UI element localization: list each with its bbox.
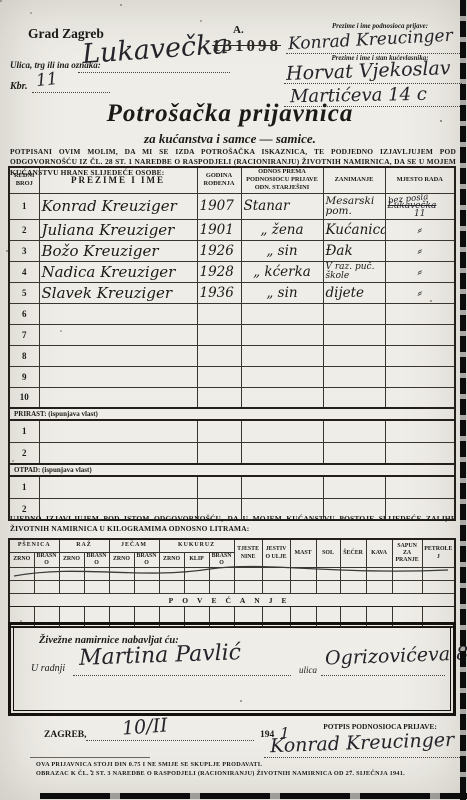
shop-street-underline xyxy=(321,675,445,676)
serial-number-stamp: 131098 xyxy=(212,36,281,56)
notes-divider xyxy=(30,757,150,758)
col-header-year: GODINA ROĐENJA xyxy=(197,167,241,193)
member-row: 8 xyxy=(9,345,455,366)
legal-note: OBRAZAC K ČL. 2 ST. 3 NAREDBE O RASPODJE… xyxy=(36,770,405,777)
scan-noise xyxy=(0,0,2,2)
col-header-num: REDNI BROJ xyxy=(9,167,39,193)
prirast-row: 2 xyxy=(9,442,455,464)
member-row: 3 Božo Kreuziger 1926 „ sin Đak ⸗ xyxy=(9,240,455,261)
group-jecam: JEČAM xyxy=(109,539,159,552)
member-row: 4 Nadica Kreuziger 1928 „ kćerka V raz. … xyxy=(9,261,455,282)
prirast-row: 1 xyxy=(9,420,455,442)
col-header-workplace: MJESTO RADA xyxy=(385,167,455,193)
owner-value-handwritten: Horvat Vjekoslav xyxy=(286,57,451,85)
member-row: 10 xyxy=(9,387,455,408)
scan-edge-right xyxy=(460,0,466,800)
member-row: 5 Slavek Kreuziger 1936 „ sin dijete ⸗ xyxy=(9,282,455,303)
scan-edge-bottom xyxy=(40,793,467,799)
form-subtitle: za kućanstva i samce — samice. xyxy=(0,131,460,147)
household-table: REDNI BROJ PREZIME I IME GODINA ROĐENJA … xyxy=(8,166,456,521)
otpad-band: OTPAD: (ispunjava vlast) xyxy=(9,464,455,476)
shop-box: Živežne namirnice nabavljat ću: U radnji… xyxy=(8,622,456,716)
col-header-occupation: ZANIMANJE xyxy=(323,167,385,193)
signature-underline xyxy=(264,757,462,758)
date-handwritten: 10/II xyxy=(121,714,168,739)
house-number-label: Kbr. xyxy=(10,81,28,92)
member-row: 6 xyxy=(9,303,455,324)
col-header-name: PREZIME I IME xyxy=(39,167,197,193)
otpad-label: OTPAD: (ispunjava vlast) xyxy=(9,464,455,476)
shop-ulica-label: ulica xyxy=(299,665,317,675)
member-row: 7 xyxy=(9,324,455,345)
otpad-row: 1 xyxy=(9,476,455,498)
signature-handwritten: Konrad Kreucinger xyxy=(270,729,455,757)
member-row: 2 Juliana Kreuziger 1901 „ žena Kućanica… xyxy=(9,219,455,240)
stock-strike-line xyxy=(10,558,454,588)
member-row: 1 Konrad Kreuziger 1907 Stanar Mesarski … xyxy=(9,193,455,219)
col-header-relation: ODNOS PREMA PODNOSIOCU PRIJAVE ODN. STAR… xyxy=(241,167,323,193)
prirast-label: PRIRAST: (ispunjava vlast) xyxy=(9,408,455,420)
form-title: Potrošačka prijavnica xyxy=(0,100,460,128)
street-underline xyxy=(78,72,230,73)
price-note: OVA PRIJAVNICA STOJI DIN 0.75 I NE SMIJE… xyxy=(36,761,262,768)
place-label: ZAGREB, xyxy=(44,730,87,740)
house-number-value-handwritten: 11 xyxy=(35,69,59,91)
prirast-band: PRIRAST: (ispunjava vlast) xyxy=(9,408,455,420)
workplace-number: 11 xyxy=(388,210,453,219)
shop-name-underline xyxy=(73,675,291,676)
house-number-underline xyxy=(32,92,110,93)
group-psenica: PŠENICA xyxy=(9,539,59,552)
applicant-underline xyxy=(286,53,462,54)
increase-band: POVEĆANJE xyxy=(9,594,455,607)
date-line xyxy=(86,740,254,741)
household-header-row: REDNI BROJ PREZIME I IME GODINA ROĐENJA … xyxy=(9,167,455,193)
stocks-group-header: PŠENICA RAŽ JEČAM KUKURUZ TJESTENINE JES… xyxy=(9,539,455,552)
increase-label: POVEĆANJE xyxy=(9,594,455,607)
shop-radnji-label: U radnji xyxy=(31,663,65,674)
scanned-form-page: Grad Zagreb Ulica, trg ili ina oznaka: L… xyxy=(0,0,467,800)
section-letter: A. xyxy=(233,24,244,36)
group-kukuruz: KUKURUZ xyxy=(159,539,234,552)
stocks-declaration: UJEDNO IZJAVLJUJEM POD ISTOM ODGOVORNOŠĆ… xyxy=(10,514,456,535)
group-raz: RAŽ xyxy=(59,539,109,552)
member-row: 9 xyxy=(9,366,455,387)
